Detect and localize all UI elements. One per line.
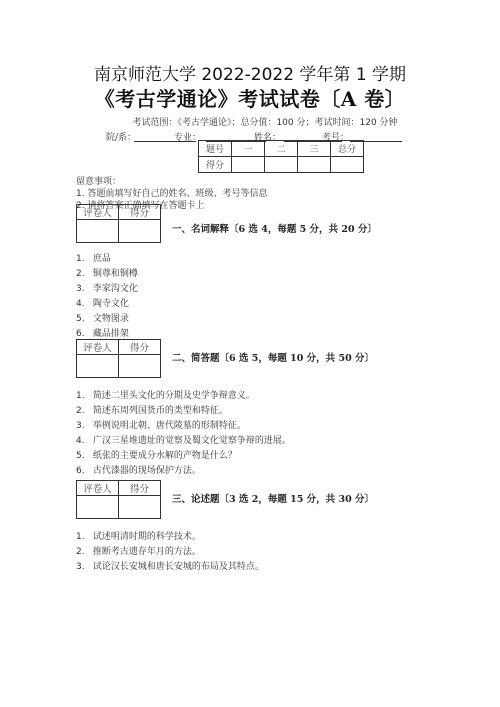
- grader-label: 评卷人: [77, 481, 119, 496]
- grader-blank: [77, 355, 119, 378]
- question-item: 1. 简述二里头文化的分期及史学争辩意义。: [76, 389, 291, 404]
- department-label: 院/系：: [106, 130, 136, 143]
- grader-label: 评卷人: [77, 205, 119, 220]
- grader-blank: [77, 220, 119, 243]
- score-cell-section-3: [298, 157, 331, 173]
- question-item: 5. 文物图录: [76, 312, 138, 327]
- score-table-cell: 二: [265, 141, 298, 157]
- major-label: 专业：: [174, 130, 201, 143]
- question-item: 1. 庶品: [76, 252, 138, 267]
- score-blank: [119, 496, 161, 519]
- score-cell-total: [331, 157, 364, 173]
- question-item: 2. 简述东周列国货币的类型和特征。: [76, 404, 291, 419]
- exam-paper-title: 《考古学通论》考试试卷〔A 卷〕: [0, 83, 500, 112]
- question-item: 5. 纸张的主要成分水解的产物是什么？: [76, 449, 291, 464]
- score-cell-section-2: [265, 157, 298, 173]
- score-label: 得分: [119, 481, 161, 496]
- section-2-question-list: 1. 简述二里头文化的分期及史学争辩意义。 2. 简述东周列国货币的类型和特征。…: [76, 389, 291, 479]
- score-table-cell: 三: [298, 141, 331, 157]
- section-3-question-list: 1. 试述明清时期的科学技术。 2. 推断考古遗存年月的方法。 3. 试论汉长安…: [76, 530, 264, 575]
- exam-scope-line: 考试范围：《考古学通论》；总分值：100 分；考试时间：120 分钟: [0, 115, 500, 128]
- question-item: 4. 广汉三星堆遗址的觉察及蜀文化觉察争辩的进展。: [76, 434, 291, 449]
- notes-title: 留意事项：: [76, 176, 267, 188]
- score-label: 得分: [119, 205, 161, 220]
- section-1-heading: 一、名词解释〔6 选 4，每题 5 分，共 20 分〕: [172, 221, 377, 235]
- grader-box-section-2: 评卷人得分: [76, 339, 161, 378]
- question-item: 4. 陶寺文化: [76, 297, 138, 312]
- grader-box-section-1: 评卷人得分: [76, 204, 161, 243]
- score-cell-section-1: [232, 157, 265, 173]
- score-table-header-row: 题号 一 二 三 总分: [199, 141, 364, 157]
- score-table-score-row: 得分: [199, 157, 364, 173]
- question-item: 3. 举例说明北朝、唐代陵墓的形制特征。: [76, 419, 291, 434]
- score-table-cell: 一: [232, 141, 265, 157]
- score-row-label: 得分: [199, 157, 232, 173]
- question-item: 2. 铜尊和铜樽: [76, 267, 138, 282]
- question-item: 3. 李家沟文化: [76, 282, 138, 297]
- score-table-cell: 总分: [331, 141, 364, 157]
- grader-label: 评卷人: [77, 340, 119, 355]
- score-table-cell: 题号: [199, 141, 232, 157]
- grader-blank: [77, 496, 119, 519]
- score-blank: [119, 355, 161, 378]
- score-label: 得分: [119, 340, 161, 355]
- question-item: 6. 古代漆器的现场保护方法。: [76, 464, 291, 479]
- section-2-heading: 二、简答题〔6 选 5，每题 10 分，共 50 分〕: [172, 350, 374, 364]
- question-item: 3. 试论汉长安城和唐长安城的布局及其特点。: [76, 560, 264, 575]
- question-item: 1. 试述明清时期的科学技术。: [76, 530, 264, 545]
- score-blank: [119, 220, 161, 243]
- section-1-question-list: 1. 庶品 2. 铜尊和铜樽 3. 李家沟文化 4. 陶寺文化 5. 文物图录 …: [76, 252, 138, 342]
- exam-university-term-title: 南京师范大学 2022-2022 学年第 1 学期: [0, 60, 500, 85]
- question-item: 2. 推断考古遗存年月的方法。: [76, 545, 264, 560]
- grader-box-section-3: 评卷人得分: [76, 480, 161, 519]
- note-item: 1. 答题前填写好自己的姓名、班级、考号等信息: [76, 188, 267, 200]
- section-3-heading: 三、论述题〔3 选 2，每题 15 分，共 30 分〕: [172, 491, 374, 505]
- score-summary-table: 题号 一 二 三 总分 得分: [198, 140, 364, 173]
